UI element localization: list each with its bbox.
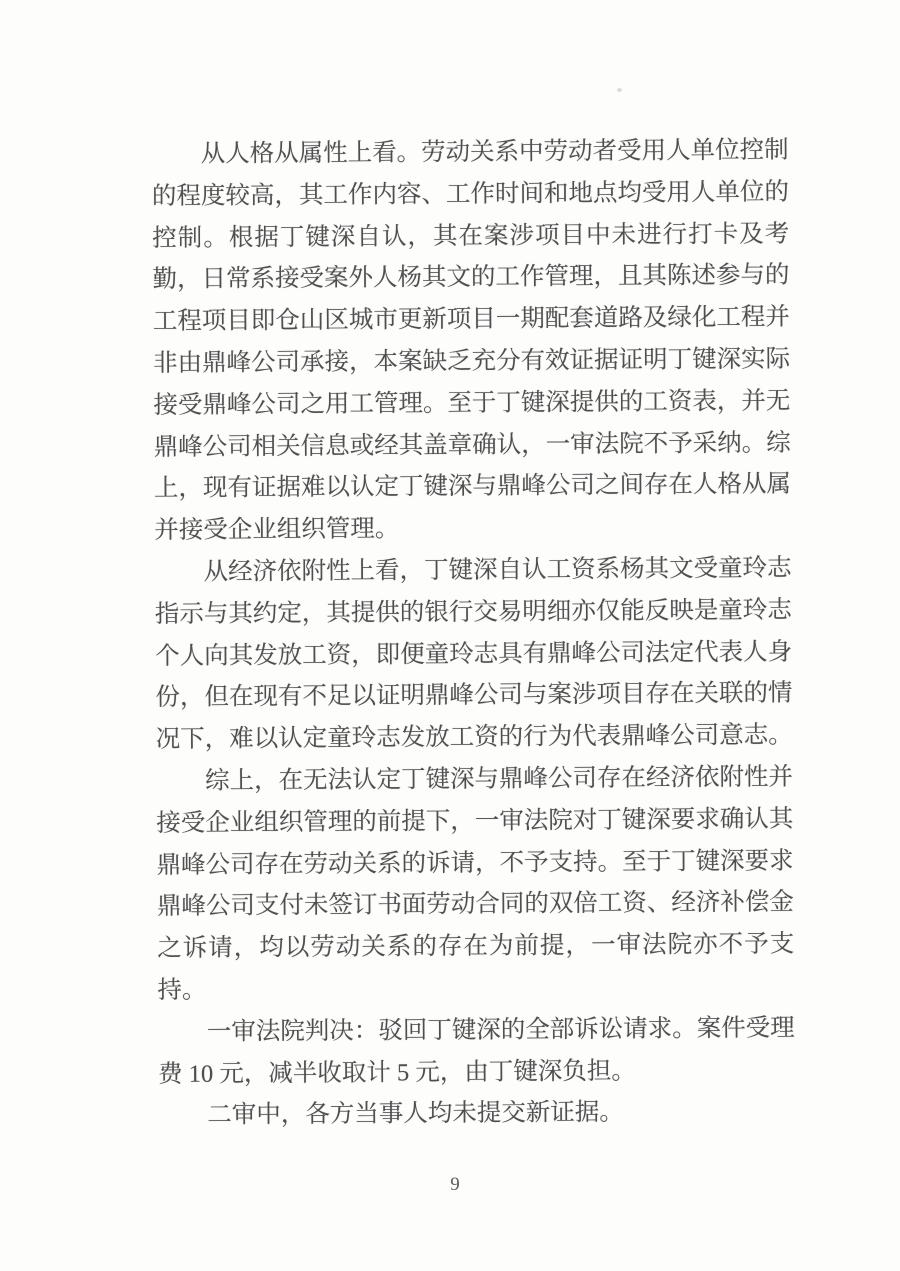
paragraph-personal-subordination: 从人格从属性上看。劳动关系中劳动者受用人单位控制的程度较高，其工作内容、工作时间… — [151, 130, 791, 552]
scan-artifact — [617, 88, 622, 92]
paragraph-first-instance-ruling: 一审法院判决：驳回丁键深的全部诉讼请求。案件受理费 10 元，减半收取计 5 元… — [158, 1007, 796, 1095]
document-page: 从人格从属性上看。劳动关系中劳动者受用人单位控制的程度较高，其工作内容、工作时间… — [0, 0, 900, 1271]
judgment-text-block: 从人格从属性上看。劳动关系中劳动者受用人单位控制的程度较高，其工作内容、工作时间… — [151, 130, 795, 1138]
paragraph-economic-dependence: 从经济依附性上看，丁键深自认工资系杨其文受童玲志指示与其约定，其提供的银行交易明… — [154, 548, 792, 761]
paragraph-second-instance-evidence: 二审中，各方当事人均未提交新证据。 — [158, 1091, 795, 1137]
page-number: 9 — [155, 1174, 755, 1196]
paragraph-conclusion: 综上，在无法认定丁键深与鼎峰公司存在经济依附性并接受企业组织管理的前提下，一审法… — [156, 757, 795, 1012]
